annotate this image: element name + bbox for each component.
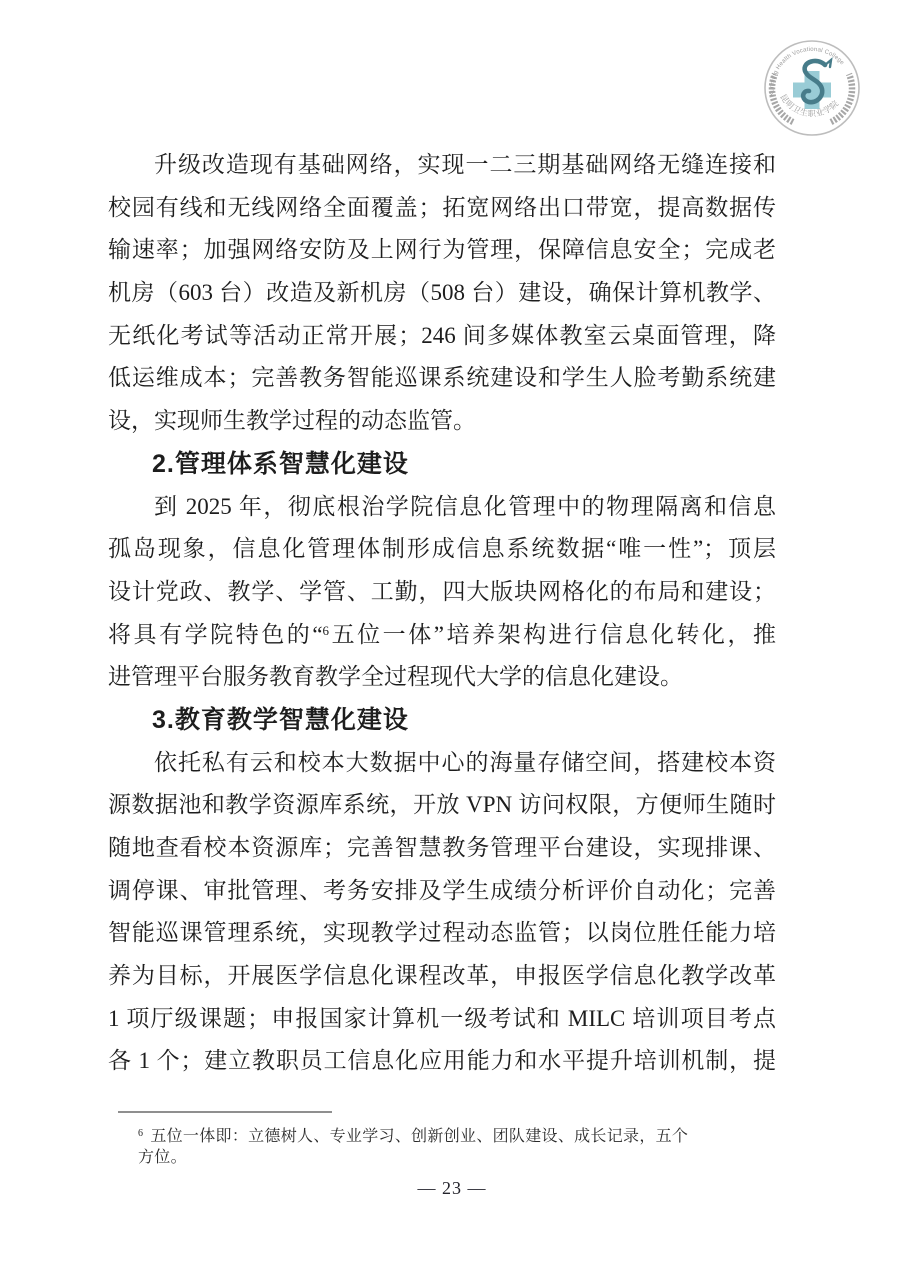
body-line: 输速率；加强网络安防及上网行为管理，保障信息安全；完成老 <box>108 229 776 272</box>
college-seal-icon: Kunming Health Vocational College 昆明卫生职业… <box>762 38 862 138</box>
body-line: 源数据池和教学资源库系统，开放 VPN 访问权限，方便师生随时 <box>108 784 776 827</box>
body-line: 养为目标，开展医学信息化课程改革，申报医学信息化教学改革 <box>108 955 776 998</box>
section-heading-2: 2.管理体系智慧化建设 <box>108 443 776 486</box>
body-line: 无纸化考试等活动正常开展；246 间多媒体教室云桌面管理，降 <box>108 315 776 358</box>
footnote-marker: 6 <box>138 1128 143 1139</box>
body-line: 孤岛现象，信息化管理体制形成信息系统数据“唯一性”；顶层 <box>108 528 776 571</box>
body-line: 将具有学院特色的“6五位一体”培养架构进行信息化转化，推 <box>108 614 776 657</box>
document-body: 升级改造现有基础网络，实现一二三期基础网络无缝连接和 校园有线和无线网络全面覆盖… <box>108 144 776 1083</box>
body-line: 各 1 个；建立教职员工信息化应用能力和水平提升培训机制，提 <box>108 1040 776 1083</box>
footnote-text: 五位一体即：立德树人、专业学习、创新创业、团队建设、成长记录，五个方位。 <box>138 1128 688 1166</box>
body-line: 1 项厅级课题；申报国家计算机一级考试和 MILC 培训项目考点 <box>108 998 776 1041</box>
body-line: 依托私有云和校本大数据中心的海量存储空间，搭建校本资 <box>108 742 776 785</box>
footnote: 6五位一体即：立德树人、专业学习、创新创业、团队建设、成长记录，五个方位。 <box>138 1126 698 1168</box>
body-line: 校园有线和无线网络全面覆盖；拓宽网络出口带宽，提高数据传 <box>108 187 776 230</box>
body-line: 升级改造现有基础网络，实现一二三期基础网络无缝连接和 <box>108 144 776 187</box>
document-page: Kunming Health Vocational College 昆明卫生职业… <box>0 0 904 1280</box>
body-line: 设，实现师生教学过程的动态监管。 <box>108 400 776 443</box>
body-line: 设计党政、教学、学管、工勤，四大版块网格化的布局和建设； <box>108 571 776 614</box>
body-line: 到 2025 年，彻底根治学院信息化管理中的物理隔离和信息 <box>108 486 776 529</box>
body-line: 进管理平台服务教育教学全过程现代大学的信息化建设。 <box>108 656 776 699</box>
body-line: 机房（603 台）改造及新机房（508 台）建设，确保计算机教学、 <box>108 272 776 315</box>
line-text: 将具有学院特色的“ <box>108 622 323 647</box>
body-line: 低运维成本；完善教务智能巡课系统建设和学生人脸考勤系统建 <box>108 357 776 400</box>
page-number: — 23 — <box>0 1178 904 1199</box>
line-text: 五位一体”培养架构进行信息化转化，推 <box>329 622 776 647</box>
section-heading-3: 3.教育教学智慧化建设 <box>108 699 776 742</box>
body-line: 调停课、审批管理、考务安排及学生成绩分析评价自动化；完善 <box>108 870 776 913</box>
footnote-separator <box>118 1111 332 1113</box>
college-logo: Kunming Health Vocational College 昆明卫生职业… <box>762 38 862 138</box>
body-line: 智能巡课管理系统，实现教学过程动态监管；以岗位胜任能力培 <box>108 912 776 955</box>
body-line: 随地查看校本资源库；完善智慧教务管理平台建设，实现排课、 <box>108 827 776 870</box>
